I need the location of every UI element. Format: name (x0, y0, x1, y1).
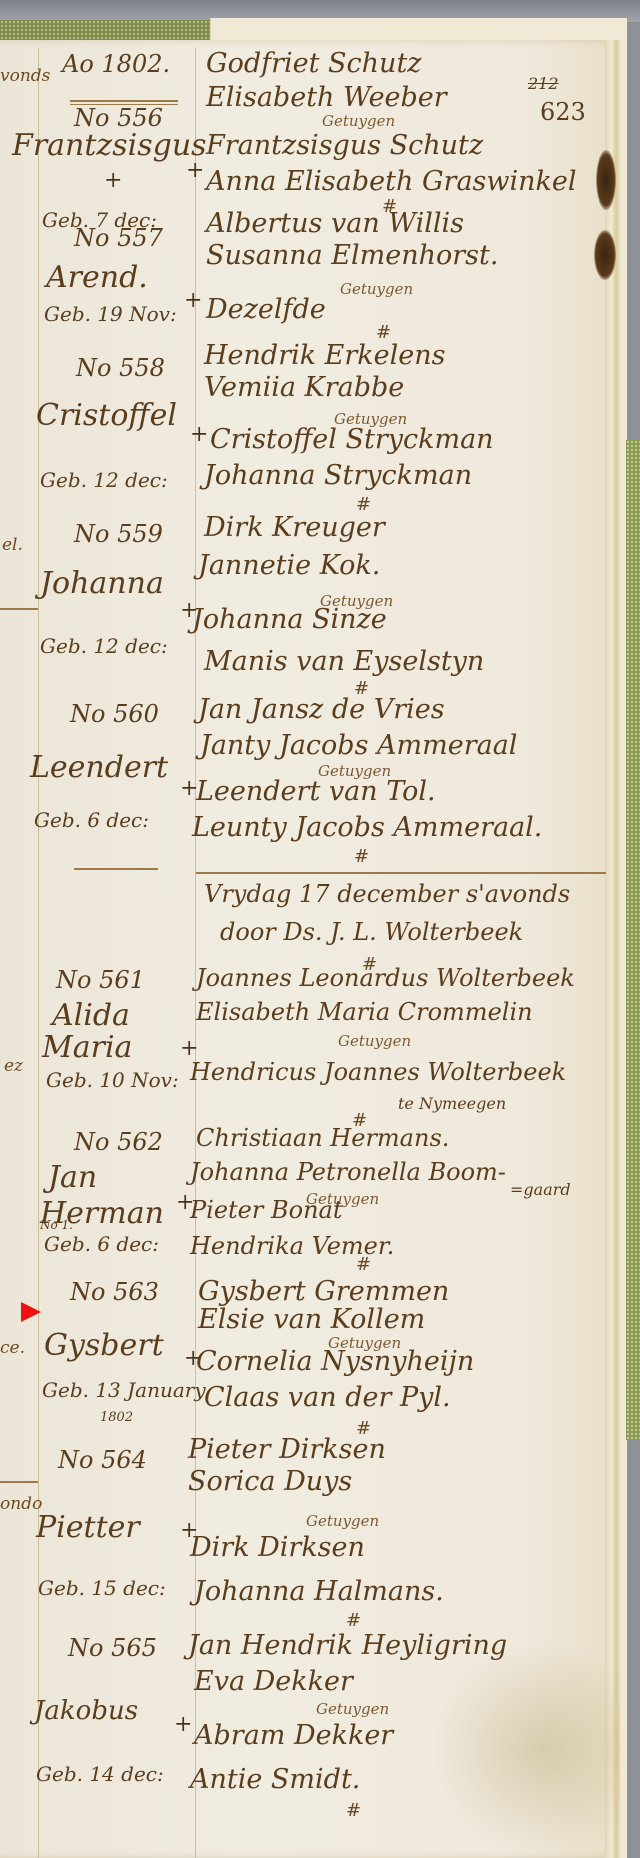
father-name: Pieter Dirksen (188, 1434, 386, 1465)
father-name: Christiaan Hermans. (196, 1124, 449, 1152)
ink-stain (594, 230, 616, 280)
folio-old: 212 (528, 74, 559, 93)
mother-name: Elisabeth Weeber (206, 82, 447, 113)
mother-name: Elsie van Kollem (198, 1304, 425, 1335)
child-name: Cristoffel (36, 398, 177, 433)
child-name-line1: Alida (52, 998, 130, 1033)
witness-2: Antie Smidt. (190, 1764, 360, 1795)
entry-number: No 558 (76, 354, 165, 382)
father-name: Jan Hendrik Heyligring (188, 1630, 507, 1661)
entry-number: No 561 (56, 966, 145, 994)
entry-number: No 560 (70, 700, 159, 728)
mother-name-cont: =gaard (510, 1180, 571, 1199)
witness-1: Cornelia Nysnyheijn (196, 1346, 474, 1377)
witness-label: Getuygen (306, 1512, 379, 1530)
margin-divider (0, 1481, 38, 1483)
child-note: No 1. (40, 1218, 73, 1232)
mother-name: Vemiia Krabbe (204, 372, 404, 403)
mother-name: Eva Dekker (194, 1666, 353, 1697)
service-date: Vrydag 17 december s'avonds (204, 880, 570, 908)
cross-mark: + (104, 168, 122, 193)
child-name-line2: Maria (42, 1030, 132, 1065)
witness-2: Anna Elisabeth Graswinkel (206, 166, 577, 197)
entry-number: No 565 (68, 1634, 157, 1662)
birth-date: Geb. 10 Nov: (46, 1068, 179, 1092)
ink-stain (596, 150, 616, 210)
child-name: Arend. (46, 260, 148, 295)
margin-fragment: vonds (0, 66, 50, 86)
cross-mark: + (186, 158, 204, 183)
birth-date: Geb. 19 Nov: (44, 302, 177, 326)
birth-year: 1802 (100, 1410, 133, 1425)
birth-date: Geb. 6 dec: (44, 1232, 159, 1256)
birth-date: Geb. 6 dec: (34, 808, 149, 832)
book-cloth-binding-top (0, 20, 220, 42)
witness-1: Cristoffel Stryckman (210, 424, 494, 455)
witness-2: Claas van der Pyl. (204, 1382, 451, 1413)
witness-2: Johanna Halmans. (194, 1576, 444, 1607)
witness-1: Abram Dekker (194, 1720, 393, 1751)
entry-number: No 563 (70, 1278, 159, 1306)
witness-2: Johanna Stryckman (204, 460, 472, 491)
book-cloth-binding-right (626, 440, 640, 1440)
witness-1: Leendert van Tol. (196, 776, 436, 807)
birth-date: Geb. 14 dec: (36, 1762, 164, 1786)
father-name: Joannes Leonardus Wolterbeek (196, 964, 575, 992)
child-name-line1: Jan (48, 1160, 97, 1195)
birth-date: Geb. 13 January (42, 1378, 206, 1402)
hash-mark: # (346, 1800, 361, 1821)
year-header: Ao 1802. (62, 50, 170, 78)
birth-date: Geb. 12 dec: (40, 468, 168, 492)
witness-2: Leunty Jacobs Ammeraal. (192, 812, 542, 843)
witness-label: Getuygen (316, 1700, 389, 1718)
entry-number: No 559 (74, 520, 163, 548)
header-underline (70, 100, 178, 102)
father-name: Albertus van Willis (206, 208, 464, 239)
father-name: Godfriet Schutz (206, 48, 422, 79)
father-name: Gysbert Gremmen (198, 1276, 449, 1307)
witness-label: Getuygen (340, 280, 413, 298)
water-stain (430, 1640, 620, 1858)
service-minister: door Ds. J. L. Wolterbeek (220, 918, 523, 946)
witness-1: Dezelfde (206, 294, 326, 325)
witness-1: Pieter Bonat (190, 1196, 342, 1224)
entry-number: No 557 (74, 224, 163, 252)
birth-date: Geb. 15 dec: (38, 1576, 166, 1600)
witness-1: Dirk Dirksen (190, 1532, 365, 1563)
mother-name: Sorica Duys (188, 1466, 352, 1497)
margin-fragment: el. (2, 535, 23, 555)
mother-name: Jannetie Kok. (198, 550, 380, 581)
witness-1: Johanna Sinze (192, 604, 387, 635)
child-name: Gysbert (44, 1328, 164, 1363)
child-name: Johanna (40, 566, 164, 601)
folio-number: 623 (540, 98, 586, 126)
witness-place: te Nymeegen (398, 1094, 506, 1113)
witness-label: Getuygen (338, 1032, 411, 1050)
cross-mark: + (190, 422, 208, 447)
child-name: Jakobus (34, 1696, 138, 1726)
entry-number: No 562 (74, 1128, 163, 1156)
witness-1: Hendricus Joannes Wolterbeek (190, 1058, 566, 1086)
cross-mark: + (184, 288, 202, 313)
red-pointer-marker (21, 1302, 41, 1322)
mother-name: Janty Jacobs Ammeraal (200, 730, 517, 761)
margin-divider (0, 608, 38, 610)
hash-mark: # (346, 1610, 361, 1631)
witness-1: Frantzsisgus Schutz (206, 130, 483, 161)
page-edge (605, 40, 621, 1858)
mother-name: Susanna Elmenhorst. (206, 240, 498, 271)
margin-fragment: ez (4, 1056, 23, 1076)
margin-fragment: ce. (0, 1338, 25, 1358)
mother-name: Elisabeth Maria Crommelin (196, 998, 533, 1026)
entry-number: No 564 (58, 1446, 147, 1474)
witness-label: Getuygen (322, 112, 395, 130)
cross-mark: + (174, 1712, 192, 1737)
section-divider (196, 872, 606, 874)
father-name: Hendrik Erkelens (204, 340, 446, 371)
entry-divider (74, 868, 158, 870)
hash-mark: # (356, 1254, 371, 1275)
father-name: Dirk Kreuger (204, 512, 385, 543)
child-name: Pietter (36, 1510, 140, 1545)
father-name: Jan Jansz de Vries (198, 694, 445, 725)
child-name: Leendert (30, 750, 168, 785)
hash-mark: # (354, 846, 369, 867)
child-name: Frantzsisgus (12, 128, 207, 163)
witness-2: Manis van Eyselstyn (204, 646, 484, 677)
birth-date: Geb. 12 dec: (40, 634, 168, 658)
mother-name: Johanna Petronella Boom- (190, 1158, 506, 1186)
